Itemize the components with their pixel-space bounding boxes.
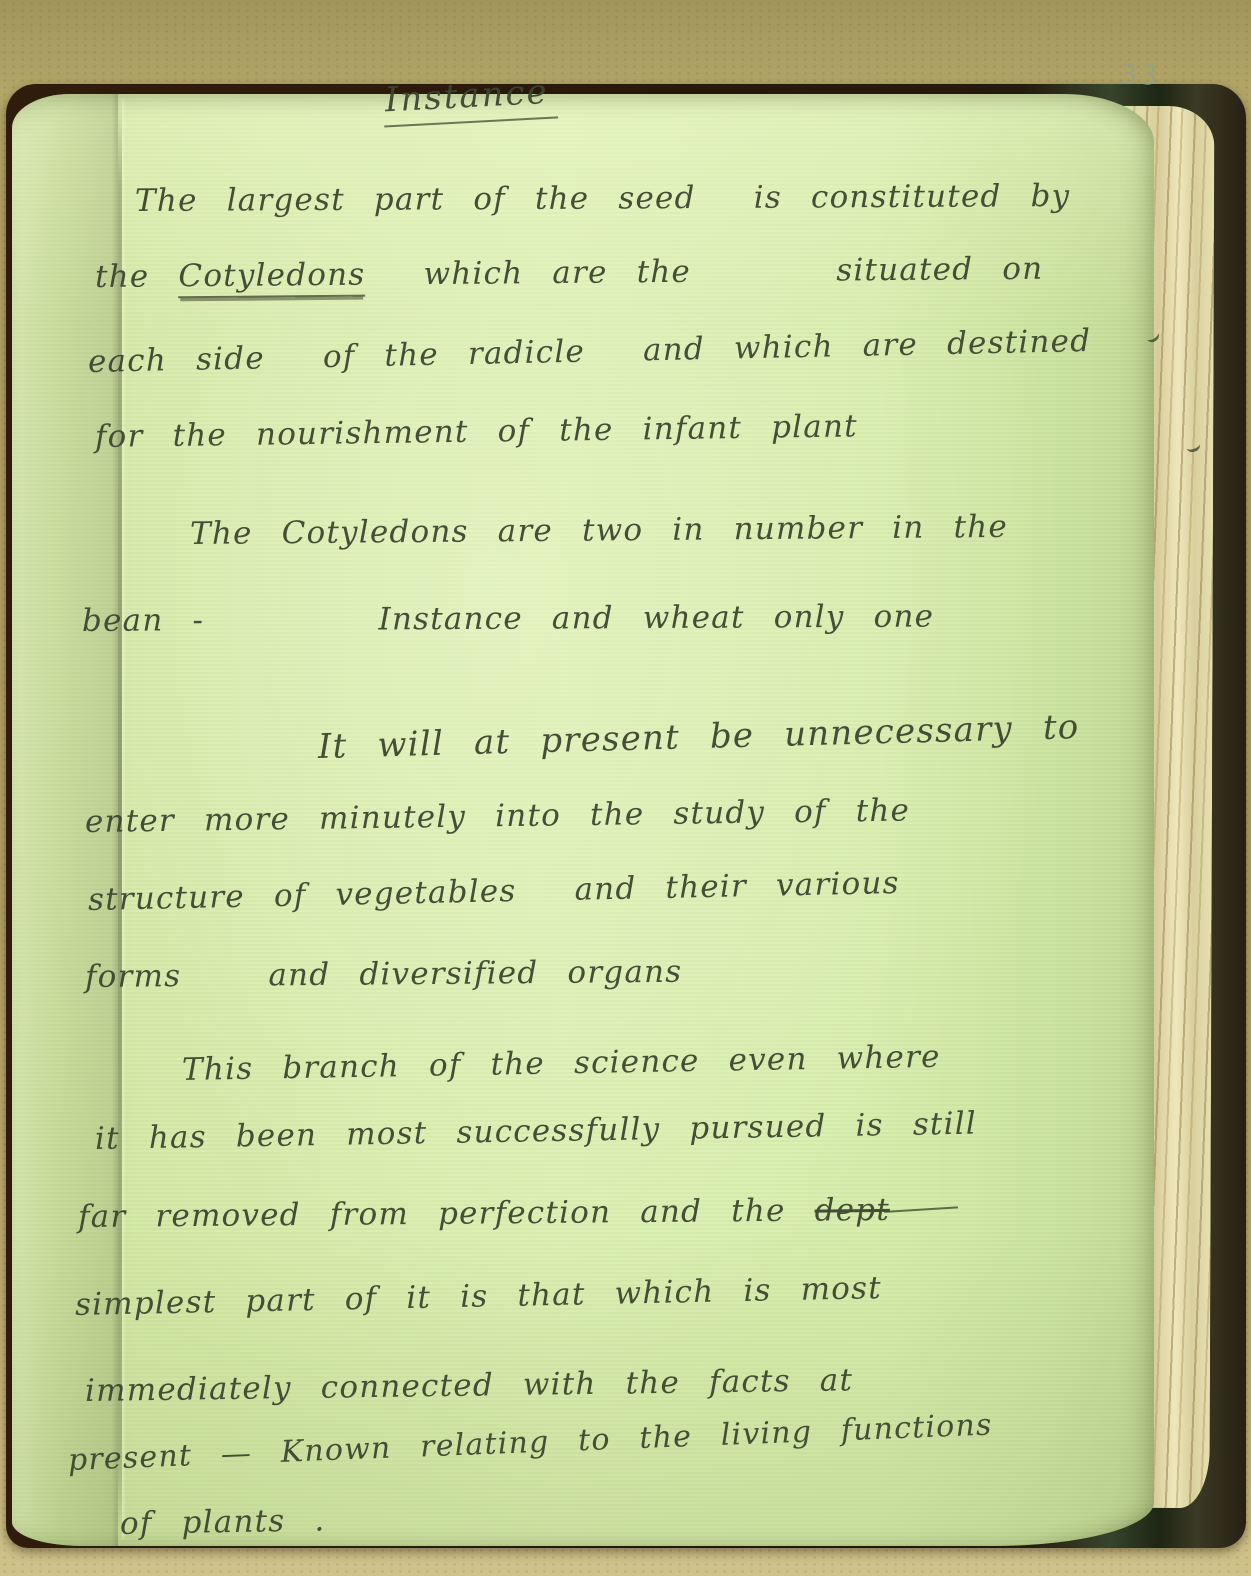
underlined-word: Cotyledons — [178, 257, 365, 299]
text-segment: forms and diversified organs — [85, 954, 683, 995]
text-segment: for the nourishment of the infant plant — [95, 408, 858, 455]
manuscript-line: bean - Instance and wheat only one — [82, 599, 934, 639]
manuscript-line: it has been most successfully pursued is… — [95, 1106, 977, 1157]
text-segment: structure of vegetables and their variou… — [88, 865, 900, 918]
manuscript-line: The Cotyledons are two in number in the — [190, 509, 1008, 552]
page-number: 33 — [1119, 59, 1160, 91]
text-segment: present — Known relating to the living f… — [67, 1407, 993, 1477]
manuscript-line: the Cotyledons which are the situated on — [95, 251, 1044, 295]
text-segment: immediately connected with the facts at — [85, 1362, 854, 1409]
photo-scene: 33 Instance The largest part of the seed… — [0, 0, 1251, 1576]
manuscript-line: each side of the radicle and which are d… — [88, 323, 1092, 380]
manuscript-line: far removed from perfection and the dept — [78, 1191, 958, 1235]
manuscript-line: The largest part of the seed is constitu… — [135, 178, 1071, 219]
manuscript-line: for the nourishment of the infant plant — [95, 408, 858, 455]
text-segment: simplest part of it is that which is mos… — [75, 1270, 883, 1323]
text-segment: of plants . — [120, 1502, 326, 1542]
text-segment: It will at present be unnecessary to — [317, 707, 1079, 767]
manuscript-line: forms and diversified organs — [85, 954, 683, 995]
manuscript-line: structure of vegetables and their variou… — [88, 865, 900, 918]
manuscript-line: immediately connected with the facts at — [85, 1362, 854, 1409]
text-segment: which are the situated on — [365, 251, 1043, 293]
text-segment: The Cotyledons are two in number in the — [190, 509, 1008, 552]
page-title: Instance — [382, 71, 558, 127]
manuscript-line: present — Known relating to the living f… — [67, 1407, 993, 1477]
struckthrough-word: dept — [814, 1192, 890, 1229]
text-segment: enter more minutely into the study of th… — [85, 792, 911, 840]
manuscript-line: enter more minutely into the study of th… — [85, 792, 911, 840]
text-segment: the — [95, 258, 179, 295]
text-segment: bean - Instance and wheat only one — [82, 599, 934, 639]
text-segment: each side of the radicle and which are d… — [88, 323, 1092, 380]
strike-tail-stroke — [884, 1206, 958, 1213]
text-segment: This branch of the science even where — [182, 1039, 941, 1088]
manuscript-line: of plants . — [120, 1502, 326, 1542]
manuscript-line: This branch of the science even where — [182, 1039, 941, 1088]
manuscript-line: It will at present be unnecessary to — [317, 707, 1079, 767]
text-segment: it has been most successfully pursued is… — [95, 1106, 977, 1157]
manuscript-line: simplest part of it is that which is mos… — [75, 1270, 883, 1323]
manuscript-text: Instance The largest part of the seed is… — [0, 0, 1251, 1576]
text-segment: The largest part of the seed is constitu… — [135, 178, 1071, 219]
text-segment: far removed from perfection and the — [78, 1193, 815, 1235]
